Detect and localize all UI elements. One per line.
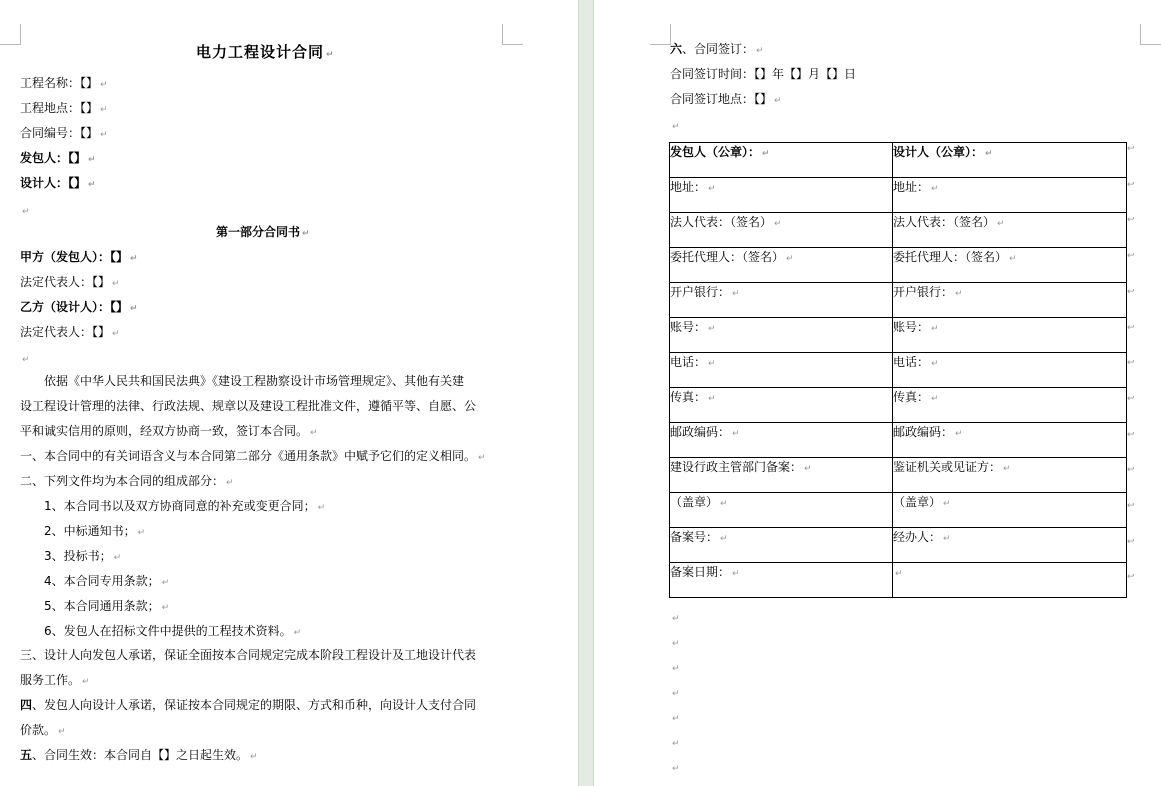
row-end-mark: ↩ — [1127, 323, 1135, 333]
row-end-mark: ↩ — [1127, 358, 1135, 368]
designer-cell[interactable]: 委托代理人：（签名）↵ — [893, 248, 1127, 283]
empty-paragraph: ↵ — [670, 709, 680, 727]
document-list-item: 1、本合同书以及双方协商同意的补充或变更合同；↵ — [20, 498, 325, 516]
client-cell[interactable]: 发包人（公章）：↵ — [670, 143, 893, 178]
empty-paragraph: ↵ — [670, 759, 680, 777]
paragraph-mark: ↵ — [100, 130, 108, 140]
table-row: 地址：↵地址：↵ — [670, 178, 1127, 213]
designer-cell[interactable]: 法人代表：（签名）↵ — [893, 213, 1127, 248]
paragraph-mark: ↵ — [318, 503, 326, 513]
clause-2: 二、下列文件均为本合同的组成部分：↵ — [20, 473, 234, 491]
party-field-value[interactable]: 【】 — [92, 325, 110, 339]
document-list-item-label: 6、发包人在招标文件中提供的工程技术资料。 — [44, 624, 292, 638]
row-end-mark: ↩ — [1127, 180, 1135, 190]
row-end-mark: ↩ — [1127, 394, 1135, 404]
document-title: 电力工程设计合同↵ — [196, 44, 335, 63]
client-cell[interactable]: 传真：↵ — [670, 388, 893, 423]
party-field-label: 法定代表人： — [20, 275, 92, 289]
table-row: 备案号：↵经办人：↵ — [670, 528, 1127, 563]
header-field-value[interactable]: 【】 — [80, 101, 98, 115]
paragraph-mark: ↵ — [114, 553, 122, 563]
empty-paragraph: ↵ — [670, 609, 680, 627]
document-list-item: 2、中标通知书；↵ — [20, 523, 145, 541]
header-field-value[interactable]: 【】 — [80, 126, 98, 140]
row-end-mark: ↩ — [1127, 251, 1135, 261]
empty-paragraph: ↵ — [670, 734, 680, 752]
paragraph-mark: ↵ — [88, 180, 96, 190]
party-field: 法定代表人：【】↵ — [20, 324, 120, 342]
party-field-label: 法定代表人： — [20, 325, 92, 339]
empty-paragraph: ↵ — [20, 350, 30, 368]
preamble-line: 依据《中华人民共和国民法典》《建设工程勘察设计市场管理规定》、其他有关建 — [20, 373, 464, 389]
party-field: 乙方（设计人）：【】↵ — [20, 299, 138, 317]
document-list-item: 6、发包人在招标文件中提供的工程技术资料。↵ — [20, 623, 301, 641]
header-field: 工程地点：【】↵ — [20, 100, 108, 118]
header-field: 合同编号：【】↵ — [20, 125, 108, 143]
table-row: 邮政编码：↵邮政编码：↵ — [670, 423, 1127, 458]
row-end-mark: ↩ — [1127, 215, 1135, 225]
row-end-mark: ↩ — [1127, 465, 1135, 475]
paragraph-mark: ↵ — [112, 329, 120, 339]
paragraph-mark: ↵ — [138, 528, 146, 538]
table-row: 发包人（公章）：↵设计人（公章）：↵ — [670, 143, 1127, 178]
section-title: 第一部分合同书↵ — [216, 224, 310, 242]
client-cell[interactable]: （盖章）↵ — [670, 493, 893, 528]
paragraph-mark: ↵ — [162, 578, 170, 588]
header-field-label: 合同编号： — [20, 126, 80, 140]
designer-cell[interactable]: 鉴证机关或见证方：↵ — [893, 458, 1127, 493]
designer-cell[interactable]: 传真：↵ — [893, 388, 1127, 423]
table-row: （盖章）↵（盖章）↵ — [670, 493, 1127, 528]
paragraph-mark: ↵ — [88, 155, 96, 165]
empty-paragraph: ↵ — [670, 659, 680, 677]
clause-3-line: 服务工作。↵ — [20, 672, 90, 690]
document-list-item-label: 2、中标通知书； — [44, 524, 136, 538]
document-page-right[interactable]: 六、合同签订：↵ 合同签订时间：【】年【】月【】日 合同签订地点：【】↵ ↵ 发… — [594, 0, 1161, 786]
table-row: 建设行政主管部门备案：↵鉴证机关或见证方：↵ — [670, 458, 1127, 493]
document-list-item: 4、本合同专用条款；↵ — [20, 573, 169, 591]
header-field: 发包人：【】↵ — [20, 150, 96, 168]
row-end-mark: ↩ — [1127, 287, 1135, 297]
sign-time: 合同签订时间：【】年【】月【】日 — [670, 66, 856, 82]
clause-3-line: 三、设计人向发包人承诺，保证全面按本合同规定完成本阶段工程设计及工地设计代表 — [20, 647, 476, 663]
empty-paragraph: ↵ — [670, 684, 680, 702]
document-list-item: 5、本合同通用条款；↵ — [20, 598, 169, 616]
document-page-left[interactable]: 电力工程设计合同↵ 工程名称：【】↵工程地点：【】↵合同编号：【】↵发包人：【】… — [0, 0, 578, 786]
designer-cell[interactable]: 开户银行：↵ — [893, 283, 1127, 318]
table-row: 账号：↵账号：↵ — [670, 318, 1127, 353]
preamble-line: 平和诚实信用的原则，经双方协商一致，签订本合同。↵ — [20, 423, 318, 441]
clause-4-line: 价款。↵ — [20, 722, 66, 740]
designer-cell[interactable]: 电话：↵ — [893, 353, 1127, 388]
designer-cell[interactable]: 设计人（公章）：↵ — [893, 143, 1127, 178]
row-end-mark: ↩ — [1127, 537, 1135, 547]
paragraph-mark: ↵ — [100, 80, 108, 90]
document-list-item-label: 3、投标书； — [44, 549, 112, 563]
party-field-value[interactable]: 【】 — [92, 275, 110, 289]
signature-table: 发包人（公章）：↵设计人（公章）：↵地址：↵地址：↵法人代表：（签名）↵法人代表… — [669, 142, 1127, 598]
empty-paragraph: ↵ — [670, 117, 680, 135]
clause-6: 六、合同签订：↵ — [670, 41, 764, 59]
designer-cell[interactable]: 账号：↵ — [893, 318, 1127, 353]
document-list-item-label: 5、本合同通用条款； — [44, 599, 160, 613]
designer-cell[interactable]: 邮政编码：↵ — [893, 423, 1127, 458]
paragraph-mark: ↵ — [130, 254, 138, 264]
client-cell[interactable]: 开户银行：↵ — [670, 283, 893, 318]
clause-4-line: 四、发包人向设计人承诺，保证按本合同规定的期限、方式和币种，向设计人支付合同 — [20, 697, 476, 713]
table-row: 委托代理人：（签名）↵委托代理人：（签名）↵ — [670, 248, 1127, 283]
paragraph-mark: ↵ — [100, 105, 108, 115]
client-cell[interactable]: 备案日期：↵ — [670, 563, 893, 598]
paragraph-mark: ↵ — [130, 304, 138, 314]
margin-corner-mark — [650, 24, 671, 45]
clause-1: 一、本合同中的有关词语含义与本合同第二部分《通用条款》中赋予它们的定义相同。↵ — [20, 448, 486, 466]
header-field-value[interactable]: 【】 — [68, 176, 86, 190]
margin-corner-mark — [1140, 24, 1161, 45]
table-row: 备案日期：↵↵ — [670, 563, 1127, 598]
party-field-label: 甲方（发包人）： — [20, 250, 110, 264]
designer-cell[interactable]: 经办人：↵ — [893, 528, 1127, 563]
header-field: 工程名称：【】↵ — [20, 75, 108, 93]
party-field: 法定代表人：【】↵ — [20, 274, 120, 292]
empty-paragraph: ↵ — [670, 634, 680, 652]
document-list-item: 3、投标书；↵ — [20, 548, 121, 566]
empty-paragraph: ↵ — [20, 202, 30, 220]
client-cell[interactable]: 建设行政主管部门备案：↵ — [670, 458, 893, 493]
header-field-label: 工程地点： — [20, 101, 80, 115]
party-field-label: 乙方（设计人）： — [20, 300, 110, 314]
header-field-value[interactable]: 【】 — [80, 76, 98, 90]
client-cell[interactable]: 邮政编码：↵ — [670, 423, 893, 458]
paragraph-mark: ↵ — [294, 628, 302, 638]
row-end-mark: ↩ — [1127, 501, 1135, 511]
row-end-mark: ↩ — [1127, 572, 1135, 582]
document-list-item-label: 1、本合同书以及双方协商同意的补充或变更合同； — [44, 499, 316, 513]
row-end-mark: ↩ — [1127, 430, 1135, 440]
party-field-value[interactable]: 【】 — [110, 300, 128, 314]
designer-cell[interactable]: ↵ — [893, 563, 1127, 598]
clause-5: 五、合同生效：本合同自【】之日起生效。↵ — [20, 747, 258, 765]
header-field-label: 发包人： — [20, 151, 68, 165]
party-field-value[interactable]: 【】 — [110, 250, 128, 264]
client-cell[interactable]: 备案号：↵ — [670, 528, 893, 563]
page-gap — [578, 0, 594, 786]
header-field-label: 工程名称： — [20, 76, 80, 90]
margin-corner-mark — [0, 24, 21, 45]
header-field-label: 设计人： — [20, 176, 68, 190]
client-cell[interactable]: 电话：↵ — [670, 353, 893, 388]
table-row: 传真：↵传真：↵ — [670, 388, 1127, 423]
party-field: 甲方（发包人）：【】↵ — [20, 249, 138, 267]
client-cell[interactable]: 地址：↵ — [670, 178, 893, 213]
table-row: 开户银行：↵开户银行：↵ — [670, 283, 1127, 318]
client-cell[interactable]: 账号：↵ — [670, 318, 893, 353]
client-cell[interactable]: 法人代表：（签名）↵ — [670, 213, 893, 248]
sign-place: 合同签订地点：【】↵ — [670, 91, 782, 109]
row-end-mark: ↩ — [1127, 144, 1135, 154]
paragraph-mark: ↵ — [112, 279, 120, 289]
paragraph-mark: ↵ — [162, 603, 170, 613]
document-list-item-label: 4、本合同专用条款； — [44, 574, 160, 588]
table-row: 法人代表：（签名）↵法人代表：（签名）↵ — [670, 213, 1127, 248]
designer-cell[interactable]: 地址：↵ — [893, 178, 1127, 213]
margin-corner-mark — [502, 24, 523, 45]
table-row: 电话：↵电话：↵ — [670, 353, 1127, 388]
designer-cell[interactable]: （盖章）↵ — [893, 493, 1127, 528]
preamble-line: 设工程设计管理的法律、行政法规、规章以及建设工程批准文件，遵循平等、自愿、公 — [20, 398, 476, 414]
header-field: 设计人：【】↵ — [20, 175, 96, 193]
client-cell[interactable]: 委托代理人：（签名）↵ — [670, 248, 893, 283]
header-field-value[interactable]: 【】 — [68, 151, 86, 165]
